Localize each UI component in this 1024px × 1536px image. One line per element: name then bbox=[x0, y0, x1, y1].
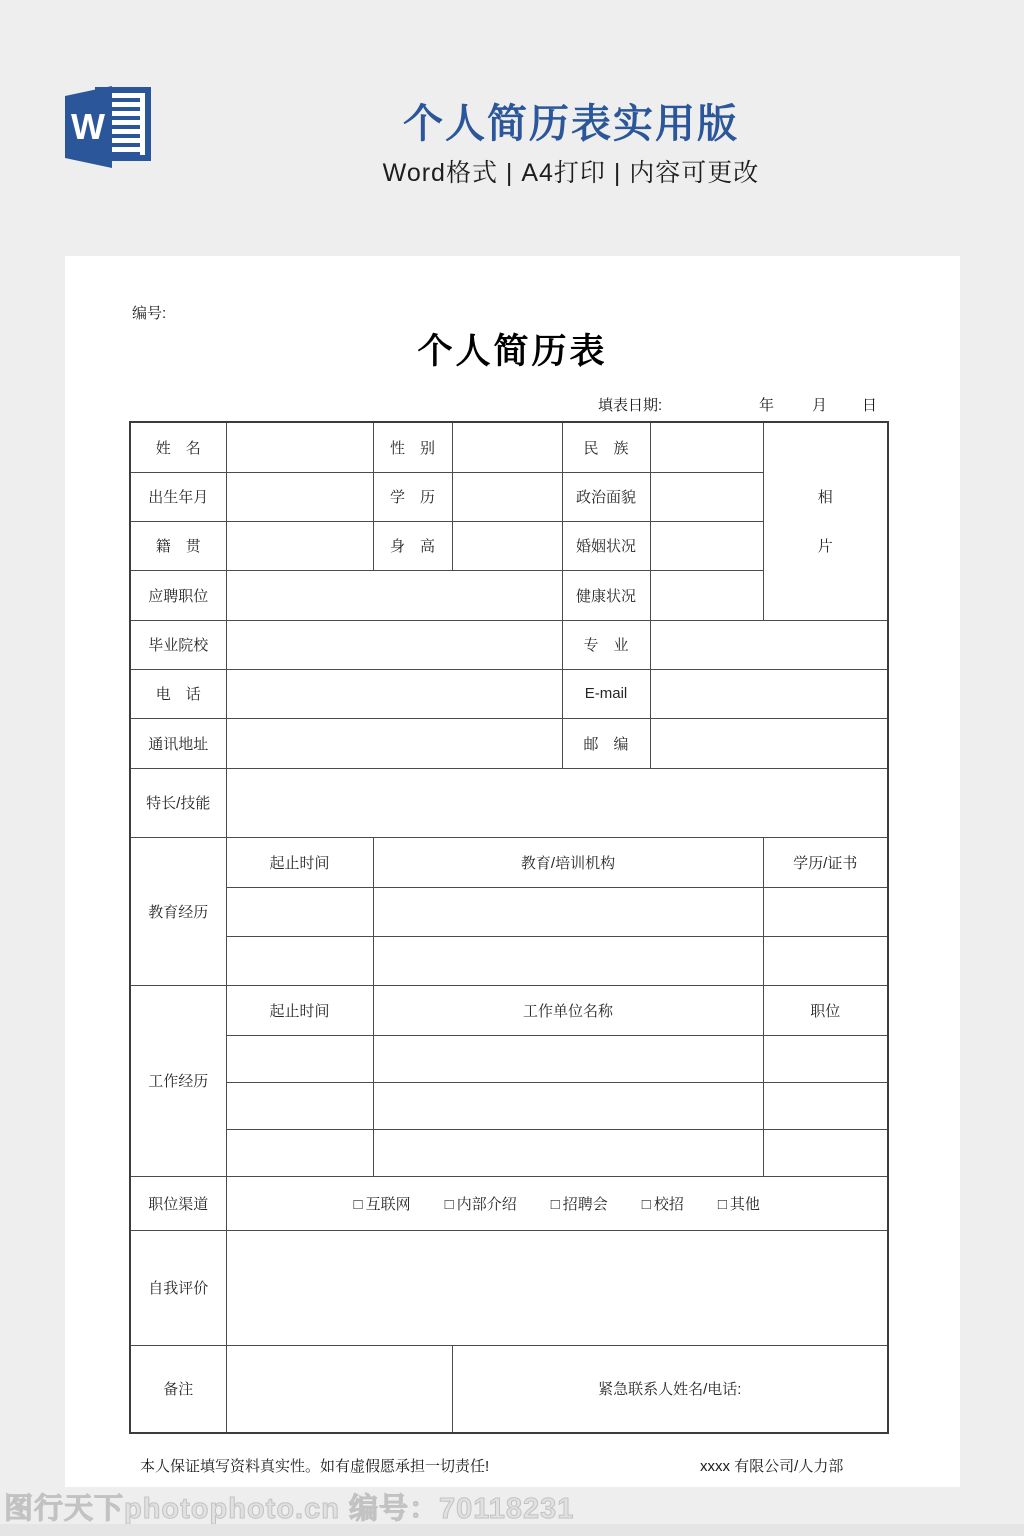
checkbox-icon: □ bbox=[718, 1196, 727, 1213]
photo-char-1: 相 bbox=[818, 486, 833, 507]
school-label: 毕业院校 bbox=[130, 620, 226, 669]
work-position-header: 职位 bbox=[763, 985, 888, 1035]
degree-value-cell[interactable] bbox=[452, 472, 562, 521]
date-month-unit: 月 bbox=[812, 394, 827, 415]
self-eval-value-cell[interactable] bbox=[226, 1230, 888, 1345]
channel-label: 职位渠道 bbox=[130, 1176, 226, 1230]
self-eval-label: 自我评价 bbox=[130, 1230, 226, 1345]
origin-value-cell[interactable] bbox=[226, 521, 373, 570]
work-company-header: 工作单位名称 bbox=[373, 985, 763, 1035]
work-time-cell[interactable] bbox=[226, 1082, 373, 1129]
marital-value-cell[interactable] bbox=[650, 521, 763, 570]
birth-value-cell[interactable] bbox=[226, 472, 373, 521]
channel-options-cell: □互联网 □内部介绍 □招聘会 □校招 □其他 bbox=[226, 1176, 888, 1230]
height-value-cell[interactable] bbox=[452, 521, 562, 570]
political-label: 政治面貌 bbox=[562, 472, 650, 521]
education-institution-cell[interactable] bbox=[373, 887, 763, 936]
channel-option-referral[interactable]: □内部介绍 bbox=[445, 1193, 517, 1214]
template-subtitle: Word格式 | A4打印 | 内容可更改 bbox=[118, 153, 1024, 189]
major-label: 专 业 bbox=[562, 620, 650, 669]
ethnicity-value-cell[interactable] bbox=[650, 422, 763, 472]
checkbox-icon: □ bbox=[642, 1196, 651, 1213]
phone-value-cell[interactable] bbox=[226, 669, 562, 718]
serial-number-label: 编号: bbox=[132, 302, 166, 323]
position-value-cell[interactable] bbox=[226, 570, 562, 620]
template-title: 个人简历表实用版 bbox=[118, 92, 1024, 149]
channel-option-jobfair[interactable]: □招聘会 bbox=[551, 1193, 608, 1214]
fill-date-label: 填表日期: bbox=[598, 394, 662, 415]
work-position-cell[interactable] bbox=[763, 1035, 888, 1082]
education-time-cell[interactable] bbox=[226, 887, 373, 936]
skills-value-cell[interactable] bbox=[226, 768, 888, 837]
origin-label: 籍 贯 bbox=[130, 521, 226, 570]
channel-option-internet[interactable]: □互联网 bbox=[354, 1193, 411, 1214]
address-value-cell[interactable] bbox=[226, 718, 562, 768]
education-time-header: 起止时间 bbox=[226, 837, 373, 887]
skills-label: 特长/技能 bbox=[130, 768, 226, 837]
address-label: 通讯地址 bbox=[130, 718, 226, 768]
phone-label: 电 话 bbox=[130, 669, 226, 718]
checkbox-icon: □ bbox=[354, 1196, 363, 1213]
email-label: E-mail bbox=[562, 669, 650, 718]
ethnicity-label: 民 族 bbox=[562, 422, 650, 472]
height-label: 身 高 bbox=[373, 521, 452, 570]
zip-value-cell[interactable] bbox=[650, 718, 888, 768]
company-text: xxxx 有限公司/人力部 bbox=[700, 1455, 843, 1476]
education-time-cell[interactable] bbox=[226, 936, 373, 985]
email-value-cell[interactable] bbox=[650, 669, 888, 718]
channel-option-campus[interactable]: □校招 bbox=[642, 1193, 684, 1214]
name-value-cell[interactable] bbox=[226, 422, 373, 472]
gender-value-cell[interactable] bbox=[452, 422, 562, 472]
remark-label: 备注 bbox=[130, 1345, 226, 1433]
work-section-label: 工作经历 bbox=[130, 985, 226, 1176]
work-company-cell[interactable] bbox=[373, 1082, 763, 1129]
resume-table: 姓 名 性 别 民 族 相 片 出生年月 学 历 政治面貌 籍 贯 身 bbox=[129, 421, 889, 1434]
pledge-text: 本人保证填写资料真实性。如有虚假愿承担一切责任! bbox=[140, 1455, 489, 1476]
checkbox-icon: □ bbox=[445, 1196, 454, 1213]
site-watermark: 图行天下photophoto.cn 编号：70118231 bbox=[4, 1486, 574, 1527]
education-institution-cell[interactable] bbox=[373, 936, 763, 985]
document-page: 编号: 个人简历表 填表日期: 年 月 日 姓 名 性 别 民 族 相 片 bbox=[65, 256, 960, 1487]
birth-label: 出生年月 bbox=[130, 472, 226, 521]
gender-label: 性 别 bbox=[373, 422, 452, 472]
education-cert-header: 学历/证书 bbox=[763, 837, 888, 887]
work-time-cell[interactable] bbox=[226, 1129, 373, 1176]
education-cert-cell[interactable] bbox=[763, 936, 888, 985]
degree-label: 学 历 bbox=[373, 472, 452, 521]
form-title: 个人简历表 bbox=[65, 324, 960, 374]
education-institution-header: 教育/培训机构 bbox=[373, 837, 763, 887]
work-company-cell[interactable] bbox=[373, 1129, 763, 1176]
school-value-cell[interactable] bbox=[226, 620, 562, 669]
remark-value-cell[interactable] bbox=[226, 1345, 452, 1433]
marital-label: 婚姻状况 bbox=[562, 521, 650, 570]
education-cert-cell[interactable] bbox=[763, 887, 888, 936]
political-value-cell[interactable] bbox=[650, 472, 763, 521]
bottom-strip bbox=[0, 1524, 1024, 1536]
work-time-header: 起止时间 bbox=[226, 985, 373, 1035]
name-label: 姓 名 bbox=[130, 422, 226, 472]
date-year-unit: 年 bbox=[759, 394, 774, 415]
work-position-cell[interactable] bbox=[763, 1129, 888, 1176]
health-label: 健康状况 bbox=[562, 570, 650, 620]
word-logo-letter: W bbox=[71, 106, 105, 147]
work-company-cell[interactable] bbox=[373, 1035, 763, 1082]
photo-char-2: 片 bbox=[818, 535, 833, 556]
education-section-label: 教育经历 bbox=[130, 837, 226, 985]
channel-option-other[interactable]: □其他 bbox=[718, 1193, 760, 1214]
health-value-cell[interactable] bbox=[650, 570, 763, 620]
zip-label: 邮 编 bbox=[562, 718, 650, 768]
date-day-unit: 日 bbox=[862, 394, 877, 415]
work-time-cell[interactable] bbox=[226, 1035, 373, 1082]
work-position-cell[interactable] bbox=[763, 1082, 888, 1129]
photo-cell[interactable]: 相 片 bbox=[763, 422, 888, 620]
position-label: 应聘职位 bbox=[130, 570, 226, 620]
emergency-contact-cell[interactable]: 紧急联系人姓名/电话: bbox=[452, 1345, 888, 1433]
major-value-cell[interactable] bbox=[650, 620, 888, 669]
checkbox-icon: □ bbox=[551, 1196, 560, 1213]
